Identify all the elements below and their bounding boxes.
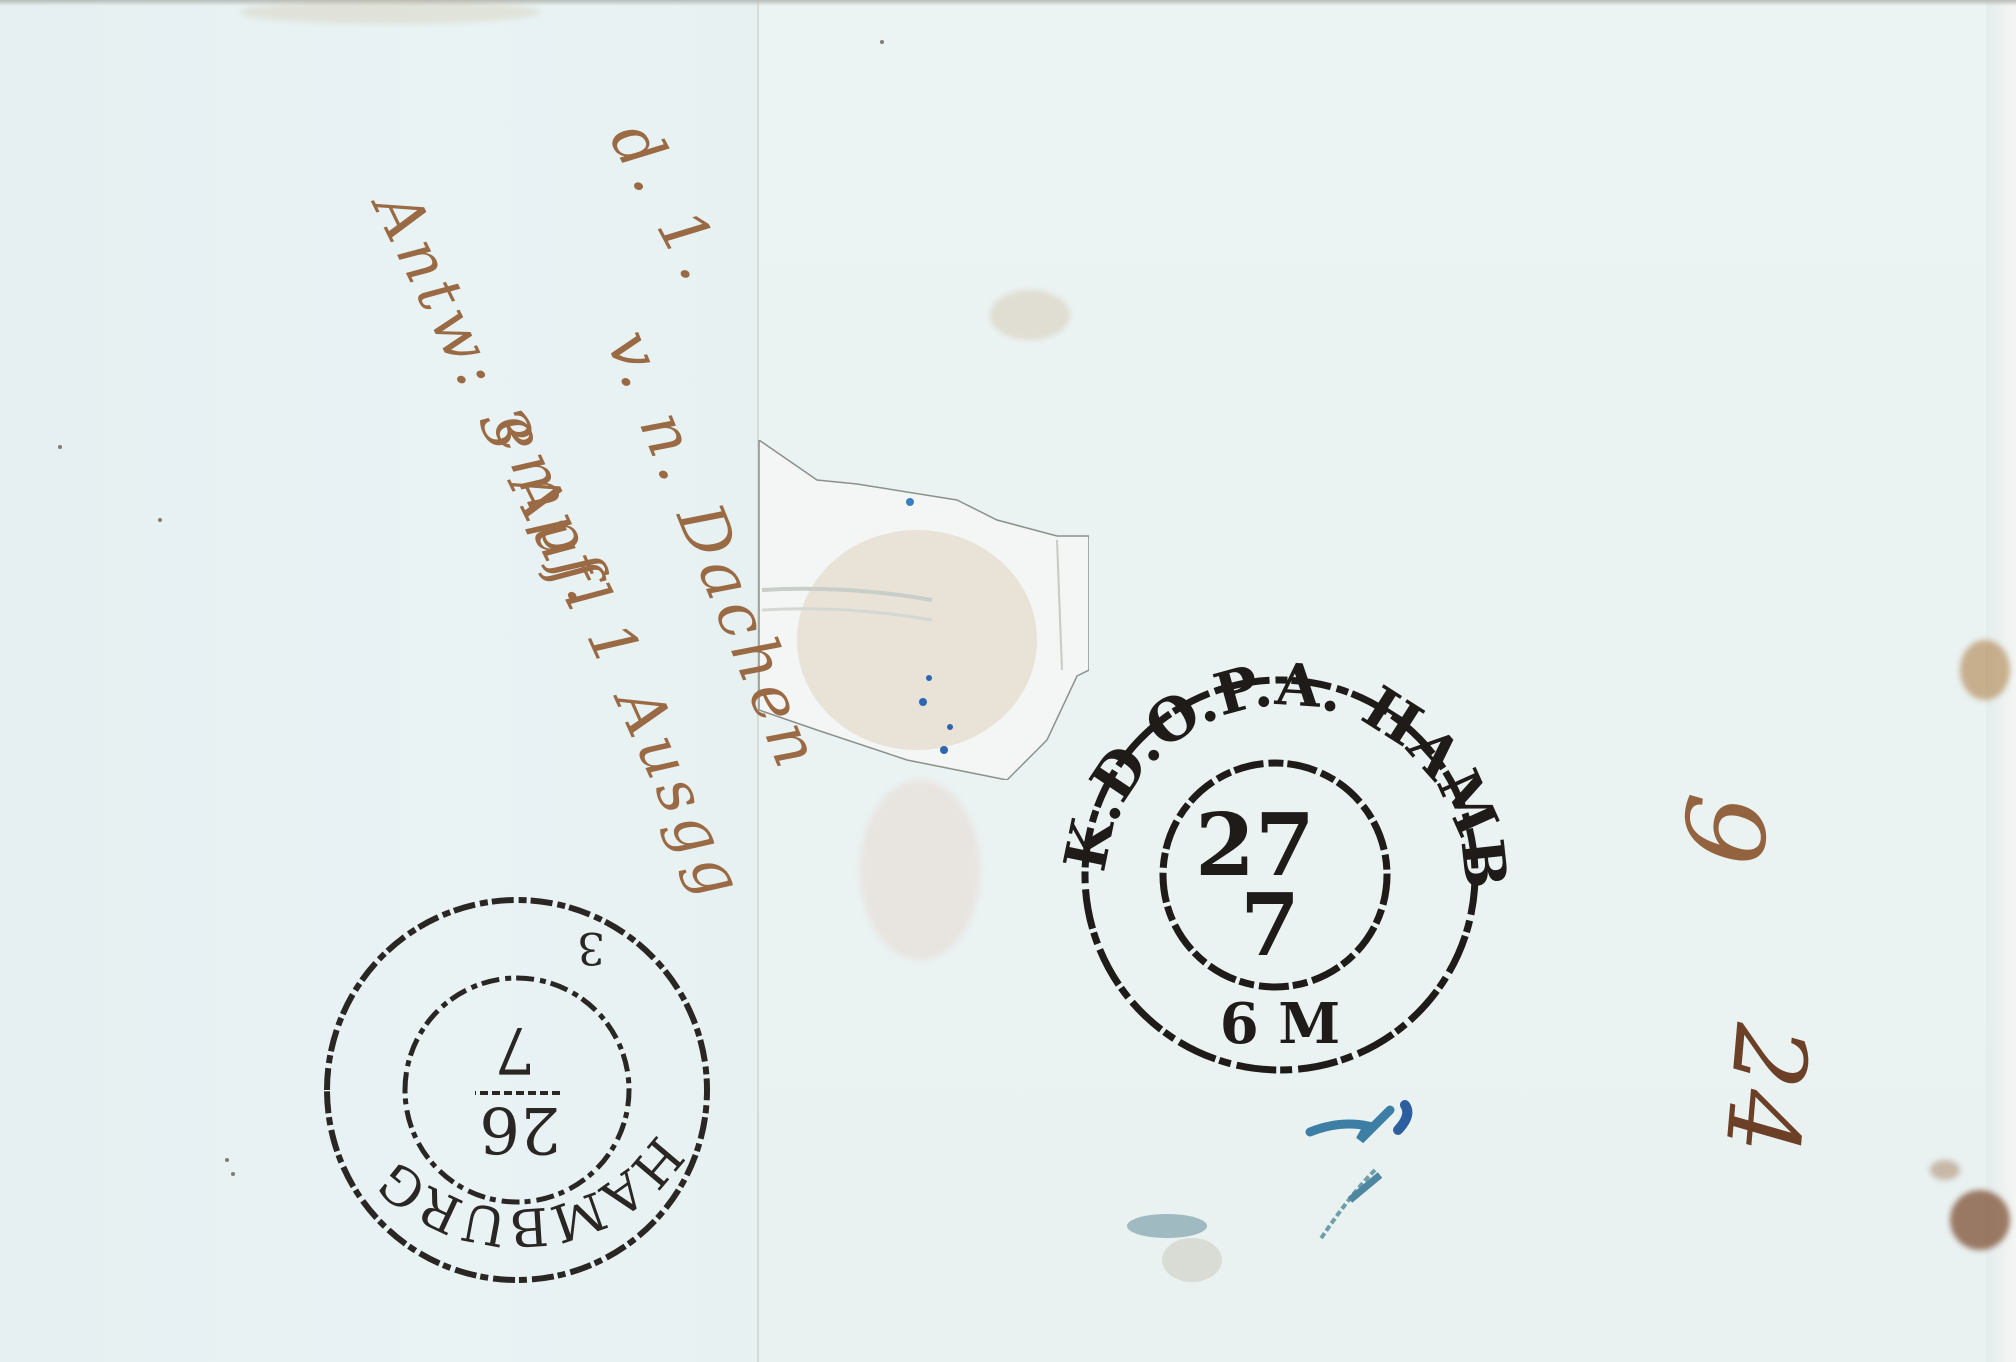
rate-mark-24: 24 <box>1702 1020 1830 1161</box>
speck <box>231 1172 235 1176</box>
blue-crayon-smudge <box>1122 1210 1232 1290</box>
foxing-stain <box>860 780 980 960</box>
speck <box>158 518 162 522</box>
foxing-stain <box>240 0 540 24</box>
speck <box>58 445 62 449</box>
foxing-stain <box>990 290 1070 340</box>
blue-crayon-mark <box>1290 1100 1430 1240</box>
postmark-kdopa-hamburg: K.D.O.P.A. HAMBURG 27 7 6 M <box>1045 625 1505 1095</box>
postmark-month: 7 <box>495 1012 536 1086</box>
speck <box>225 1158 229 1162</box>
postmark-extra: 3 <box>577 922 605 973</box>
speck <box>880 40 884 44</box>
rate-mark-9: 9 <box>1656 789 1790 876</box>
postmark-day: 26 <box>479 1092 560 1166</box>
foxing-stain <box>1960 640 2010 700</box>
postal-cover-back: K.D.O.P.A. HAMBURG 27 7 6 M HAMBURG 26 7… <box>0 0 2016 1362</box>
postmark-time: 6 M <box>1220 991 1340 1057</box>
postmark-month: 7 <box>1240 875 1300 976</box>
foxing-stain <box>1950 1190 2010 1250</box>
foxing-stain <box>1930 1160 1960 1180</box>
postmark-hamburg-inverted: HAMBURG 26 7 3 <box>315 888 720 1293</box>
